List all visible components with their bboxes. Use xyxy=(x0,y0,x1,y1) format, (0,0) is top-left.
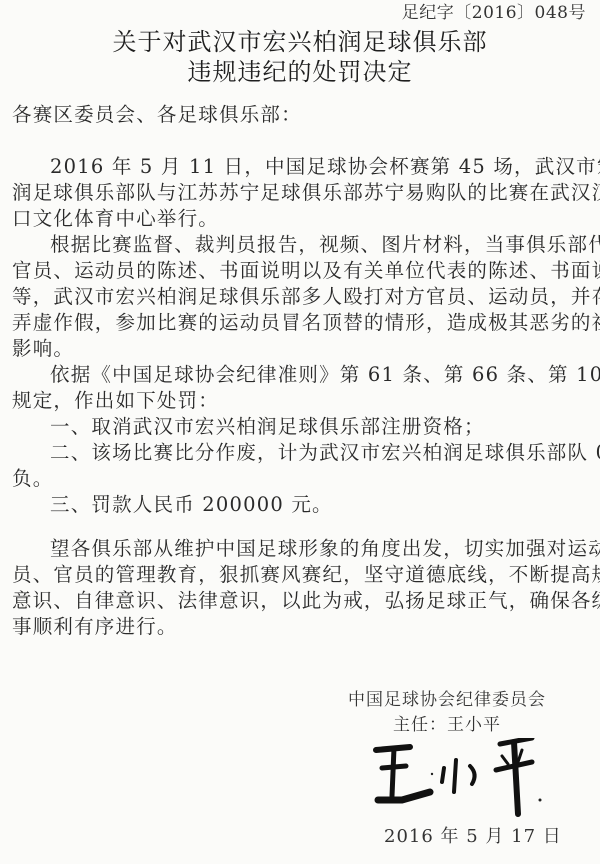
paragraph-line: 等，武汉市宏兴柏润足球俱乐部多人殴打对方官员、运动员，并存在 xyxy=(12,285,600,309)
paragraph-line: 官员、运动员的陈述、书面说明以及有关单位代表的陈述、书面说明 xyxy=(12,259,600,283)
salutation: 各赛区委员会、各足球俱乐部： xyxy=(12,103,302,127)
paragraph-line: 望各俱乐部从维护中国足球形象的角度出发，切实加强对运动 xyxy=(50,537,600,561)
handwritten-signature-icon xyxy=(372,738,562,818)
penalty-item-2-cont: 负。 xyxy=(12,467,53,491)
paragraph-line: 依据《中国足球协会纪律准则》第 61 条、第 66 条、第 101 条之 xyxy=(50,363,600,387)
paragraph-line: 员、官员的管理教育，狠抓赛风赛纪，坚守道德底线，不断提高规则 xyxy=(12,563,600,587)
paragraph-line: 规定，作出如下处罚： xyxy=(12,389,219,413)
paragraph-line: 根据比赛监督、裁判员报告，视频、图片材料，当事俱乐部代表、 xyxy=(50,233,600,257)
decision-date: 2016 年 5 月 17 日 xyxy=(384,826,562,848)
paragraph-line: 影响。 xyxy=(12,337,74,361)
issuing-organization: 中国足球协会纪律委员会 xyxy=(348,689,546,711)
paragraph-line: 弄虚作假，参加比赛的运动员冒名顶替的情形，造成极其恶劣的社会 xyxy=(12,311,600,335)
penalty-item-3: 三、罚款人民币 200000 元。 xyxy=(50,493,333,517)
title-line-1: 关于对武汉市宏兴柏润足球俱乐部 xyxy=(0,27,600,57)
paragraph-line: 事顺利有序进行。 xyxy=(12,615,178,639)
penalty-item-1: 一、取消武汉市宏兴柏润足球俱乐部注册资格； xyxy=(50,415,485,439)
director-name: 主任：王小平 xyxy=(393,714,501,736)
document-number: 足纪字〔2016〕048号 xyxy=(402,2,586,24)
paragraph-line: 意识、自律意识、法律意识，以此为戒，弘扬足球正气，确保各级赛 xyxy=(12,589,600,613)
title-line-2: 违规违纪的处罚决定 xyxy=(0,57,600,87)
penalty-item-2: 二、该场比赛比分作废，计为武汉市宏兴柏润足球俱乐部队 0:3 xyxy=(50,441,600,465)
paragraph-line: 润足球俱乐部队与江苏苏宁足球俱乐部苏宁易购队的比赛在武汉汉 xyxy=(12,181,600,205)
paragraph-line: 2016 年 5 月 11 日，中国足球协会杯赛第 45 场，武汉市宏兴柏 xyxy=(50,155,600,179)
paragraph-line: 口文化体育中心举行。 xyxy=(12,207,219,231)
